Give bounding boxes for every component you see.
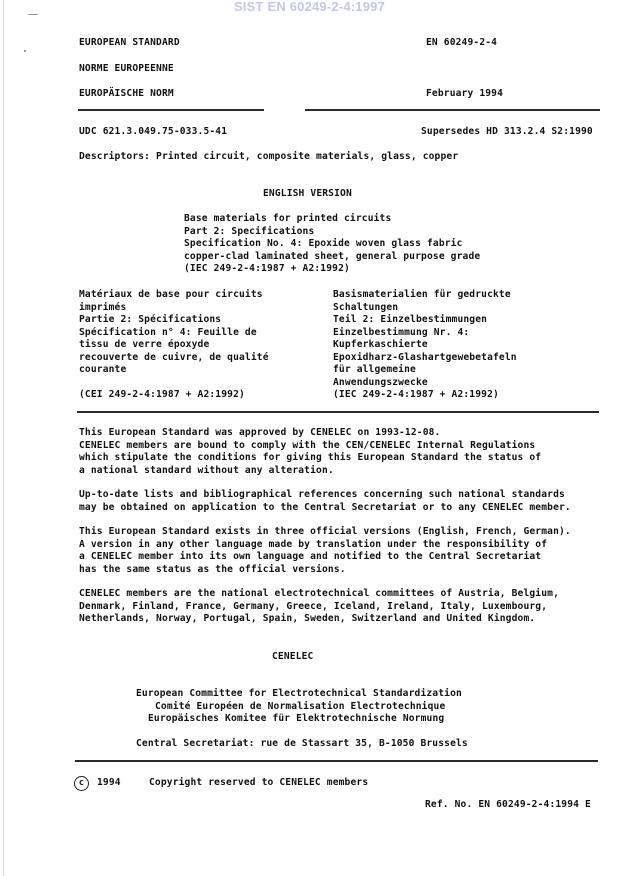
- header-title-de: EUROPÄISCHE NORM: [79, 88, 174, 101]
- german-title-ref: (IEC 249-2-4:1987 + A2:1992): [333, 389, 499, 402]
- english-title-line: copper-clad laminated sheet, general pur…: [184, 251, 480, 264]
- cenelec-name-en: European Committee for Electrotechnical …: [136, 688, 462, 701]
- german-title-line: für allgemeine: [333, 364, 416, 377]
- body-line: Denmark, Finland, France, Germany, Greec…: [79, 601, 547, 614]
- reference-number: Ref. No. EN 60249-2-4:1994 E: [425, 799, 591, 812]
- body-line: This European Standard was approved by C…: [79, 427, 440, 440]
- section-rule: [77, 411, 599, 413]
- german-title-line: Schaltungen: [333, 302, 398, 315]
- scan-speck: [28, 14, 38, 15]
- copyright-icon: c: [74, 776, 89, 791]
- header-title-fr: NORME EUROPEENNE: [79, 63, 174, 76]
- header-rule-left: [78, 109, 264, 111]
- german-title-line: Basismaterialien für gedruckte: [333, 289, 511, 302]
- cenelec-name-de: Europäisches Komitee für Elektrotechnisc…: [148, 713, 444, 726]
- french-title-line: Partie 2: Spécifications: [79, 314, 221, 327]
- body-line: Up-to-date lists and bibliographical ref…: [79, 489, 565, 502]
- header-rule-right: [305, 109, 600, 111]
- french-title-line: recouverte de cuivre, de qualité: [79, 352, 269, 365]
- german-title-line: Teil 2: Einzelbestimmungen: [333, 314, 487, 327]
- copyright-text: Copyright reserved to CENELEC members: [149, 777, 368, 790]
- supersedes: Supersedes HD 313.2.4 S2:1990: [421, 126, 593, 139]
- body-line: a CENELEC member into its own language a…: [79, 551, 541, 564]
- cenelec-name-fr: Comité Européen de Normalisation Electro…: [155, 701, 445, 714]
- body-line: may be obtained on application to the Ce…: [79, 502, 571, 515]
- french-title-line: courante: [79, 364, 126, 377]
- french-title-line: Spécification n° 4: Feuille de: [79, 327, 257, 340]
- german-title-line: Einzelbestimmung Nr. 4:: [333, 327, 469, 340]
- french-title-line: tissu de verre époxyde: [79, 339, 209, 352]
- french-title-line: Matériaux de base pour circuits: [79, 289, 263, 302]
- body-line: which stipulate the conditions for givin…: [79, 452, 541, 465]
- french-title-line: imprimés: [79, 302, 126, 315]
- body-line: Netherlands, Norway, Portugal, Spain, Sw…: [79, 613, 535, 626]
- body-line: has the same status as the official vers…: [79, 564, 346, 577]
- footer-rule: [75, 760, 598, 762]
- english-title-line: Specification No. 4: Epoxide woven glass…: [184, 238, 463, 251]
- german-title-line: Epoxidharz-Glashartgewebetafeln: [333, 352, 517, 365]
- german-title-line: Anwendungszwecke: [333, 377, 428, 390]
- german-title-line: Kupferkaschierte: [333, 339, 428, 352]
- english-title-line: Base materials for printed circuits: [184, 213, 391, 226]
- scan-speck: [24, 50, 26, 52]
- body-line: CENELEC members are bound to comply with…: [79, 440, 535, 453]
- body-line: a national standard without any alterati…: [79, 465, 334, 478]
- descriptors: Descriptors: Printed circuit, composite …: [79, 151, 458, 164]
- cenelec-heading: CENELEC: [272, 651, 313, 664]
- english-title-line: Part 2: Specifications: [184, 226, 314, 239]
- english-version-heading: ENGLISH VERSION: [263, 188, 352, 201]
- publication-date: February 1994: [426, 88, 503, 101]
- udc-code: UDC 621.3.049.75-033.5-41: [79, 126, 227, 139]
- body-line: A version in any other language made by …: [79, 539, 547, 552]
- copyright-year: 1994: [97, 777, 121, 790]
- english-title-line: (IEC 249-2-4:1987 + A2:1992): [184, 263, 350, 276]
- standard-number: EN 60249-2-4: [426, 37, 497, 50]
- document-watermark: SIST EN 60249-2-4:1997: [0, 0, 619, 14]
- scan-edge: [3, 0, 4, 876]
- central-secretariat: Central Secretariat: rue de Stassart 35,…: [136, 738, 468, 751]
- french-title-ref: (CEI 249-2-4:1987 + A2:1992): [79, 389, 245, 402]
- header-title-en: EUROPEAN STANDARD: [79, 37, 180, 50]
- body-line: CENELEC members are the national electro…: [79, 588, 559, 601]
- body-line: This European Standard exists in three o…: [79, 526, 571, 539]
